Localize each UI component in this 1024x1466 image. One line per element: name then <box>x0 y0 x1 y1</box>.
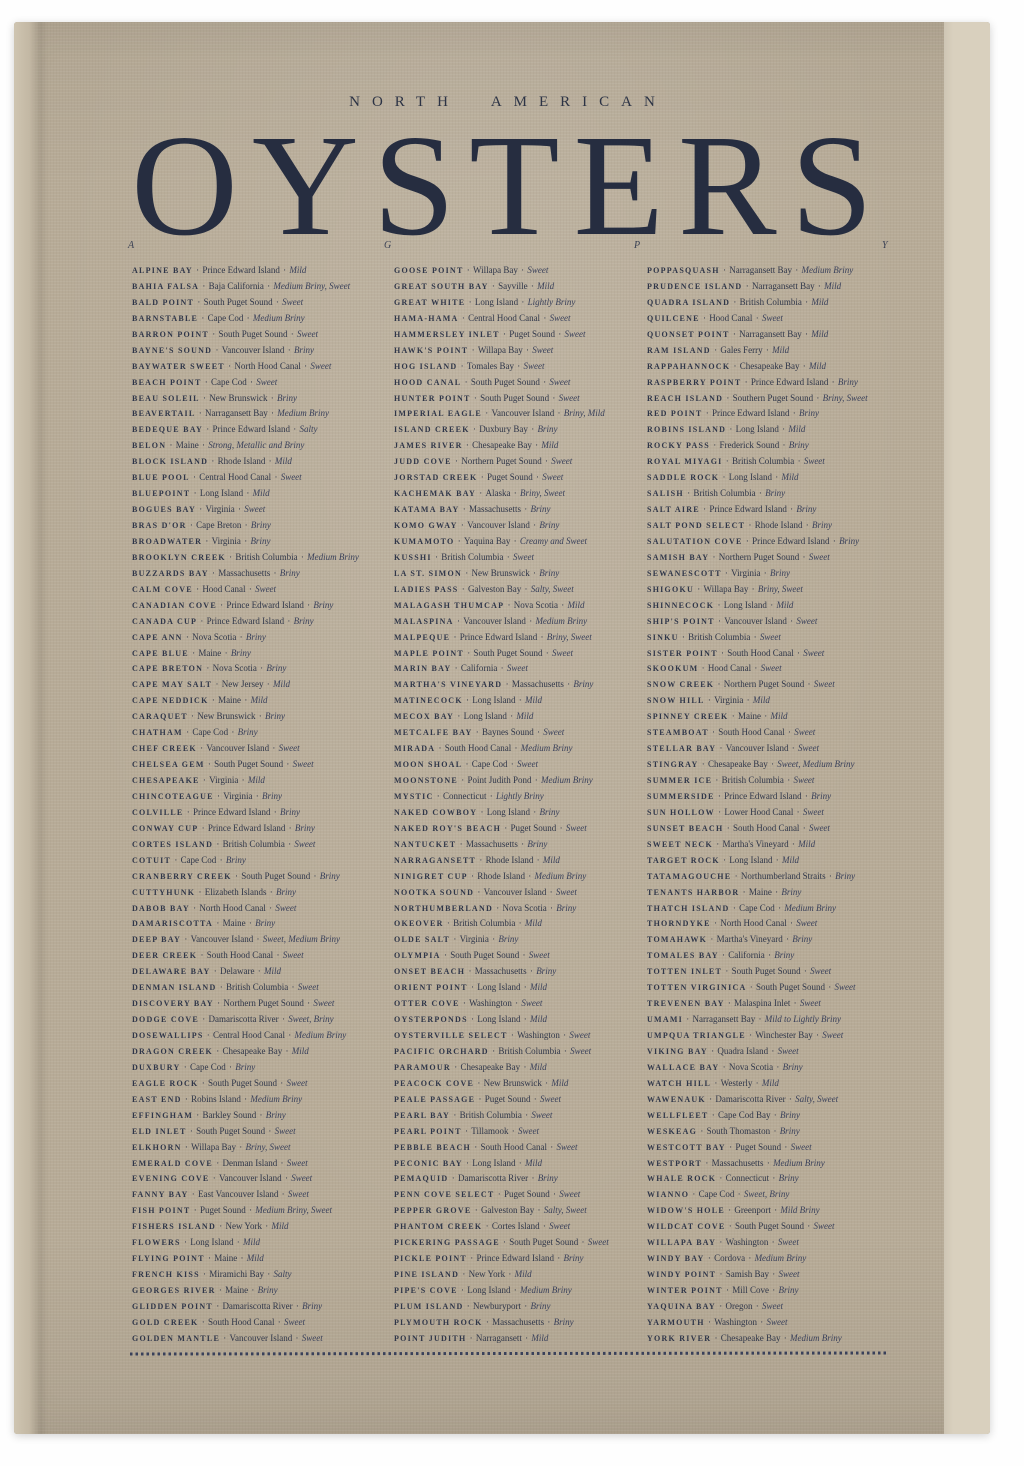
separator-dot: · <box>518 839 528 849</box>
separator-dot: · <box>720 855 730 865</box>
oyster-entry: CUTTYHUNK · Elizabeth Islands · Briny <box>132 883 398 899</box>
oyster-entry: YARMOUTH · Washington · Sweet <box>647 1313 913 1329</box>
oyster-origin: Prince Edward Island <box>477 1253 554 1263</box>
oyster-entry: POPPASQUASH · Narragansett Bay · Medium … <box>647 261 913 277</box>
oyster-entry: BROADWATER · Virginia · Briny <box>132 532 398 548</box>
oyster-origin: South Puget Sound <box>480 393 549 403</box>
separator-dot: · <box>241 695 251 705</box>
oyster-name: DISCOVERY BAY <box>132 999 214 1008</box>
oyster-origin: Virginia <box>206 504 235 514</box>
oyster-origin: Long Island <box>200 488 243 498</box>
oyster-entry: SPINNEY CREEK · Maine · Mild <box>647 707 913 723</box>
separator-dot: · <box>452 456 462 466</box>
oyster-name: COLVILLE <box>132 808 184 817</box>
separator-dot: · <box>752 313 762 323</box>
separator-dot: · <box>435 743 445 753</box>
oyster-origin: Chesapeake Bay <box>223 1046 283 1056</box>
separator-dot: · <box>256 711 266 721</box>
oyster-name: CONWAY CUP <box>132 824 198 833</box>
oyster-name: BROOKLYN CREEK <box>132 553 226 562</box>
separator-dot: · <box>689 1189 699 1199</box>
separator-dot: · <box>241 536 251 546</box>
oyster-flavor: Sweet <box>255 584 276 594</box>
oyster-entry: SUMMER ICE · British Columbia · Sweet <box>647 771 913 787</box>
oyster-origin: Lower Hood Canal <box>724 807 793 817</box>
separator-dot: · <box>511 743 521 753</box>
separator-dot: · <box>213 918 223 928</box>
separator-dot: · <box>213 1158 223 1168</box>
oyster-entry: UMPQUA TRIANGLE · Winchester Bay · Sweet <box>647 1026 913 1042</box>
oyster-entry: SISTER POINT · South Hood Canal · Sweet <box>647 644 913 660</box>
separator-dot: · <box>434 791 444 801</box>
oyster-name: SALISH <box>647 489 684 498</box>
separator-dot: · <box>554 1253 564 1263</box>
separator-dot: · <box>477 472 487 482</box>
oyster-origin: South Hood Canal <box>481 1142 548 1152</box>
oyster-name: PLUM ISLAND <box>394 1302 464 1311</box>
separator-dot: · <box>769 1269 779 1279</box>
oyster-flavor: Mild <box>273 679 290 689</box>
oyster-flavor: Sweet <box>507 663 528 673</box>
separator-dot: · <box>511 1285 521 1295</box>
oyster-origin: Hood Canal <box>708 663 751 673</box>
oyster-flavor: Briny <box>765 488 785 498</box>
oyster-origin: Tomales Bay <box>467 361 514 371</box>
separator-dot: · <box>304 600 314 610</box>
oyster-origin: Narragansett Bay <box>729 265 792 275</box>
oyster-flavor: Sweet <box>557 1142 578 1152</box>
oyster-flavor: Briny <box>235 1062 255 1072</box>
oyster-origin: Chesapeake Bay <box>472 440 532 450</box>
separator-dot: · <box>209 329 219 339</box>
oyster-origin: British Columbia <box>223 839 285 849</box>
oyster-origin: Prince Edward Island <box>208 823 285 833</box>
oyster-name: SKOOKUM <box>647 664 698 673</box>
oyster-entry: BAHIA FALSA · Baja California · Medium B… <box>132 277 398 293</box>
oyster-entry: GREAT SOUTH BAY · Sayville · Mild <box>394 277 660 293</box>
oyster-flavor: Briny <box>251 520 271 530</box>
separator-dot: · <box>786 1094 796 1104</box>
separator-dot: · <box>450 934 460 944</box>
oyster-flavor: Briny <box>313 600 333 610</box>
oyster-origin: Mill Cove <box>732 1285 769 1295</box>
oyster-entry: YAQUINA BAY · Oregon · Sweet <box>647 1297 913 1313</box>
oyster-flavor: Briny, Sweet <box>547 632 592 642</box>
separator-dot: · <box>700 504 710 514</box>
separator-dot: · <box>214 791 224 801</box>
oyster-origin: Prince Edward Island <box>193 807 270 817</box>
oyster-origin: Washington <box>517 1030 560 1040</box>
oyster-entry: HOG ISLAND · Tomales Bay · Sweet <box>394 357 660 373</box>
oyster-name: WINTER POINT <box>647 1286 723 1295</box>
separator-dot: · <box>719 950 729 960</box>
separator-dot: · <box>273 297 283 307</box>
separator-dot: · <box>723 823 733 833</box>
oyster-origin: Tillamook <box>471 1126 508 1136</box>
oyster-entry: NINIGRET CUP · Rhode Island · Medium Bri… <box>394 867 660 883</box>
oyster-entry: OTTER COVE · Washington · Sweet <box>394 994 660 1010</box>
oyster-flavor: Sweet <box>293 759 314 769</box>
oyster-origin: Hood Canal <box>709 313 752 323</box>
oyster-origin: Cape Cod <box>208 313 244 323</box>
oyster-flavor: Mild <box>782 855 799 865</box>
separator-dot: · <box>558 600 568 610</box>
separator-dot: · <box>734 1189 744 1199</box>
separator-dot: · <box>799 823 809 833</box>
oyster-origin: Long Island <box>477 982 520 992</box>
separator-dot: · <box>549 393 559 403</box>
separator-dot: · <box>282 1173 292 1183</box>
oyster-flavor: Sweet <box>527 265 548 275</box>
oyster-name: BEAVERTAIL <box>132 409 196 418</box>
oyster-origin: Prince Edward Island <box>226 600 303 610</box>
oyster-flavor: Mild <box>516 711 533 721</box>
separator-dot: · <box>232 871 242 881</box>
oyster-flavor: Briny <box>258 1285 278 1295</box>
oyster-name: QUILCENE <box>647 314 700 323</box>
oyster-name: BAHIA FALSA <box>132 282 199 291</box>
oyster-origin: North Hood Canal <box>234 361 301 371</box>
separator-dot: · <box>709 1110 719 1120</box>
separator-dot: · <box>264 679 274 689</box>
oyster-origin: Northumberland Straits <box>741 871 826 881</box>
oyster-name: PARAMOUR <box>394 1063 451 1072</box>
oyster-name: JUDD COVE <box>394 457 452 466</box>
separator-dot: · <box>741 377 751 387</box>
separator-dot: · <box>684 488 694 498</box>
oyster-entry: WELLFLEET · Cape Cod Bay · Briny <box>647 1106 913 1122</box>
oyster-name: CAPE ANN <box>132 633 183 642</box>
oyster-name: PENN COVE SELECT <box>394 1190 494 1199</box>
oyster-entry: JORSTAD CREEK · Puget Sound · Sweet <box>394 468 660 484</box>
separator-dot: · <box>702 408 712 418</box>
oyster-flavor: Medium Briny <box>253 313 305 323</box>
oyster-entry: PEACOCK COVE · New Brunswick · Mild <box>394 1074 660 1090</box>
separator-dot: · <box>725 998 735 1008</box>
separator-dot: · <box>748 584 758 594</box>
oyster-flavor: Lightly Briny <box>528 297 576 307</box>
oyster-entry: PRUDENCE ISLAND · Narragansett Bay · Mil… <box>647 277 913 293</box>
separator-dot: · <box>711 345 721 355</box>
oyster-flavor: Sweet <box>800 998 821 1008</box>
oyster-name: PIPE'S COVE <box>394 1286 458 1295</box>
separator-dot: · <box>756 488 766 498</box>
oyster-flavor: Mild <box>537 281 554 291</box>
separator-dot: · <box>540 377 550 387</box>
oyster-flavor: Briny <box>789 440 809 450</box>
oyster-entry: THATCH ISLAND · Cape Cod · Medium Briny <box>647 899 913 915</box>
separator-dot: · <box>226 1062 236 1072</box>
separator-dot: · <box>193 1110 203 1120</box>
oyster-entry: STELLAR BAY · Vancouver Island · Sweet <box>647 739 913 755</box>
oyster-entry: CORTES ISLAND · British Columbia · Sweet <box>132 835 398 851</box>
oyster-flavor: Briny <box>536 966 556 976</box>
separator-dot: · <box>519 950 529 960</box>
separator-dot: · <box>180 1062 190 1072</box>
separator-dot: · <box>764 1158 774 1168</box>
oyster-name: ORIENT POINT <box>394 983 468 992</box>
oyster-flavor: Medium Briny <box>250 1094 302 1104</box>
oyster-entry: GOLDEN MANTLE · Vancouver Island · Sweet <box>132 1329 398 1345</box>
separator-dot: · <box>500 1237 510 1247</box>
oyster-name: JAMES RIVER <box>394 441 463 450</box>
oyster-name: CHESAPEAKE <box>132 776 200 785</box>
oyster-entry: BUZZARDS BAY · Massachusetts · Briny <box>132 564 398 580</box>
oyster-flavor: Sweet, Briny <box>288 1014 334 1024</box>
oyster-flavor: Sweet <box>549 377 570 387</box>
oyster-name: HAWK'S POINT <box>394 346 468 355</box>
oyster-flavor: Sweet <box>762 1301 783 1311</box>
oyster-origin: California <box>461 663 498 673</box>
oyster-origin: Cape Cod <box>472 759 508 769</box>
oyster-entry: PIPE'S COVE · Long Island · Medium Briny <box>394 1281 660 1297</box>
oyster-entry: BARNSTABLE · Cape Cod · Medium Briny <box>132 309 398 325</box>
oyster-entry: SEWANESCOTT · Virginia · Briny <box>647 564 913 580</box>
oyster-flavor: Sweet <box>835 982 856 992</box>
separator-dot: · <box>537 632 547 642</box>
oyster-flavor: Sweet <box>569 1030 590 1040</box>
separator-dot: · <box>700 313 710 323</box>
oyster-origin: Maine <box>749 887 772 897</box>
separator-dot: · <box>525 871 535 881</box>
oyster-entry: PHANTOM CREEK · Cortes Island · Sweet <box>394 1217 660 1233</box>
separator-dot: · <box>468 871 478 881</box>
oyster-entry: OLYMPIA · South Puget Sound · Sweet <box>394 946 660 962</box>
oyster-name: CAPE MAY SALT <box>132 680 212 689</box>
oyster-name: PEPPER GROVE <box>394 1206 471 1215</box>
separator-dot: · <box>236 632 246 642</box>
oyster-name: OYSTERVILLE SELECT <box>394 1031 508 1040</box>
oyster-entry: BEDEQUE BAY · Prince Edward Island · Sal… <box>132 420 398 436</box>
oyster-name: FRENCH KISS <box>132 1270 200 1279</box>
oyster-flavor: Sweet <box>287 1158 308 1168</box>
oyster-entry: WESTPORT · Massachusetts · Medium Briny <box>647 1154 913 1170</box>
column-marker-g: G <box>384 240 391 251</box>
oyster-entry: UMAMI · Narragansett Bay · Mild to Light… <box>647 1010 913 1026</box>
oyster-entry: PLUM ISLAND · Newburyport · Briny <box>394 1297 660 1313</box>
separator-dot: · <box>292 1333 302 1343</box>
oyster-name: WILLAPA BAY <box>647 1238 716 1247</box>
oyster-origin: Long Island <box>729 472 772 482</box>
separator-dot: · <box>198 823 208 833</box>
oyster-origin: Northern Puget Sound <box>461 456 542 466</box>
oyster-entry: ROBINS ISLAND · Long Island · Mild <box>647 420 913 436</box>
oyster-origin: Washington <box>726 1237 769 1247</box>
oyster-origin: South Puget Sound <box>208 1078 277 1088</box>
oyster-name: EAGLE ROCK <box>132 1079 199 1088</box>
oyster-entry: CHELSEA GEM · South Puget Sound · Sweet <box>132 755 398 771</box>
separator-dot: · <box>789 408 799 418</box>
oyster-entry: SNOW HILL · Virginia · Mild <box>647 691 913 707</box>
separator-dot: · <box>540 313 550 323</box>
oyster-origin: Rhode Island <box>477 871 525 881</box>
oyster-entry: CRANBERRY CREEK · South Puget Sound · Br… <box>132 867 398 883</box>
separator-dot: · <box>197 616 207 626</box>
oyster-flavor: Mild <box>247 1253 264 1263</box>
oyster-flavor: Sweet <box>244 504 265 514</box>
separator-dot: · <box>266 903 276 913</box>
separator-dot: · <box>467 1253 477 1263</box>
separator-dot: · <box>726 1221 736 1231</box>
oyster-origin: South Puget Sound <box>450 950 519 960</box>
separator-dot: · <box>508 759 518 769</box>
separator-dot: · <box>283 759 293 769</box>
oyster-entry: HUNTER POINT · South Puget Sound · Sweet <box>394 389 660 405</box>
oyster-column-2: GOOSE POINT · Willapa Bay · SweetGREAT S… <box>394 261 660 1345</box>
oyster-name: BUZZARDS BAY <box>132 569 209 578</box>
separator-dot: · <box>543 648 553 658</box>
oyster-name: THATCH ISLAND <box>647 904 730 913</box>
separator-dot: · <box>751 663 761 673</box>
oyster-entry: SUMMERSIDE · Prince Edward Island · Brin… <box>647 787 913 803</box>
oyster-origin: Massachusetts <box>492 1317 544 1327</box>
oyster-flavor: Mild <box>243 1237 260 1247</box>
separator-dot: · <box>285 839 295 849</box>
oyster-name: SALT AIRE <box>647 505 700 514</box>
oyster-entry: OYSTERPONDS · Long Island · Mild <box>394 1010 660 1026</box>
separator-dot: · <box>310 871 320 881</box>
separator-dot: · <box>243 488 253 498</box>
oyster-flavor: Sweet <box>282 297 303 307</box>
oyster-origin: Maine <box>223 918 246 928</box>
oyster-flavor: Briny <box>835 871 855 881</box>
separator-dot: · <box>787 918 797 928</box>
separator-dot: · <box>462 759 472 769</box>
oyster-name: DOSEWALLIPS <box>132 1031 204 1040</box>
oyster-name: WESTCOTT BAY <box>647 1143 726 1152</box>
oyster-name: SINKU <box>647 633 679 642</box>
oyster-origin: Denman Island <box>223 1158 278 1168</box>
separator-dot: · <box>514 361 524 371</box>
oyster-origin: British Columbia <box>740 297 802 307</box>
oyster-name: WIDOW'S HOLE <box>647 1206 725 1215</box>
separator-dot: · <box>723 456 733 466</box>
separator-dot: · <box>275 1317 285 1327</box>
separator-dot: · <box>745 520 755 530</box>
oyster-flavor: Sweet <box>288 1189 309 1199</box>
separator-dot: · <box>534 727 544 737</box>
oyster-entry: MYSTIC · Connecticut · Lightly Briny <box>394 787 660 803</box>
oyster-name: CHATHAM <box>132 728 183 737</box>
oyster-origin: Vancouver Island <box>206 743 269 753</box>
separator-dot: · <box>560 1030 570 1040</box>
oyster-flavor: Sweet <box>302 1333 323 1343</box>
oyster-origin: Puget Sound <box>485 1094 531 1104</box>
oyster-flavor: Briny <box>530 504 550 514</box>
oyster-flavor: Sweet <box>794 727 815 737</box>
separator-dot: · <box>246 1205 256 1215</box>
oyster-entry: SALT AIRE · Prince Edward Island · Briny <box>647 500 913 516</box>
oyster-origin: Cape Cod <box>211 377 247 387</box>
oyster-flavor: Mild <box>788 424 805 434</box>
oyster-origin: Galveston Bay <box>481 1205 534 1215</box>
oyster-origin: Connecticut <box>443 791 487 801</box>
oyster-name: WINDY BAY <box>647 1254 705 1263</box>
oyster-name: CAPE BLUE <box>132 649 189 658</box>
separator-dot: · <box>530 568 540 578</box>
separator-dot: · <box>200 393 210 403</box>
separator-dot: · <box>432 552 442 562</box>
separator-dot: · <box>779 424 789 434</box>
oyster-flavor: Briny <box>774 950 794 960</box>
oyster-flavor: Briny <box>770 568 790 578</box>
oyster-name: PRUDENCE ISLAND <box>647 282 742 291</box>
oyster-entry: OKEOVER · British Columbia · Mild <box>394 914 660 930</box>
oyster-flavor: Creamy and Sweet <box>520 536 587 546</box>
oyster-entry: SNOW CREEK · Northern Puget Sound · Swee… <box>647 675 913 691</box>
separator-dot: · <box>493 903 503 913</box>
separator-dot: · <box>441 950 451 960</box>
separator-dot: · <box>515 918 525 928</box>
separator-dot: · <box>542 1078 552 1088</box>
oyster-flavor: Sweet, Medium Briny <box>263 934 340 944</box>
oyster-flavor: Briny <box>839 536 859 546</box>
oyster-name: IMPERIAL EAGLE <box>394 409 482 418</box>
oyster-flavor: Sweet <box>564 329 585 339</box>
separator-dot: · <box>468 982 478 992</box>
oyster-flavor: Medium Briny <box>790 1333 842 1343</box>
separator-dot: · <box>708 1046 718 1056</box>
oyster-flavor: Mild <box>525 918 542 928</box>
oyster-flavor: Salty, Sweet <box>531 584 574 594</box>
oyster-entry: STEAMBOAT · South Hood Canal · Sweet <box>647 723 913 739</box>
oyster-flavor: Sweet <box>543 727 564 737</box>
oyster-flavor: Mild <box>781 472 798 482</box>
separator-dot: · <box>220 1333 230 1343</box>
oyster-entry: ISLAND CREEK · Duxbury Bay · Briny <box>394 420 660 436</box>
oyster-name: UMPQUA TRIANGLE <box>647 1031 746 1040</box>
oyster-flavor: Sweet <box>796 616 817 626</box>
separator-dot: · <box>768 1237 778 1247</box>
separator-dot: · <box>802 297 812 307</box>
separator-dot: · <box>501 823 511 833</box>
oyster-name: OLDE SALT <box>394 935 450 944</box>
oyster-entry: CAPE MAY SALT · New Jersey · Mild <box>132 675 398 691</box>
oyster-entry: BEAU SOLEIL · New Brunswick · Briny <box>132 389 398 405</box>
oyster-name: HOOD CANAL <box>394 378 461 387</box>
oyster-entry: LADIES PASS · Galveston Bay · Salty, Swe… <box>394 580 660 596</box>
separator-dot: · <box>194 297 204 307</box>
oyster-entry: WINDY POINT · Samish Bay · Sweet <box>647 1265 913 1281</box>
oyster-name: NINIGRET CUP <box>394 872 468 881</box>
oyster-flavor: Medium Briny <box>535 616 587 626</box>
separator-dot: · <box>298 552 308 562</box>
separator-dot: · <box>550 1189 560 1199</box>
oyster-flavor: Medium Briny <box>521 743 573 753</box>
separator-dot: · <box>204 1030 214 1040</box>
oyster-name: FISHERS ISLAND <box>132 1222 216 1231</box>
separator-dot: · <box>523 345 533 355</box>
oyster-origin: New Jersey <box>222 679 264 689</box>
separator-dot: · <box>544 1317 554 1327</box>
oyster-origin: New York <box>225 1221 262 1231</box>
separator-dot: · <box>470 424 480 434</box>
separator-dot: · <box>304 998 314 1008</box>
separator-dot: · <box>800 361 810 371</box>
oyster-column-3: POPPASQUASH · Narragansett Bay · Medium … <box>647 261 913 1345</box>
separator-dot: · <box>533 855 543 865</box>
oyster-entry: TOMALES BAY · California · Briny <box>647 946 913 962</box>
oyster-origin: Narragansett Bay <box>752 281 815 291</box>
separator-dot: · <box>197 743 207 753</box>
oyster-name: BEDEQUE BAY <box>132 425 203 434</box>
oyster-entry: CHEF CREEK · Vancouver Island · Sweet <box>132 739 398 755</box>
oyster-name: MALPEQUE <box>394 633 450 642</box>
oyster-name: SNOW HILL <box>647 696 705 705</box>
oyster-entry: EAGLE ROCK · South Puget Sound · Sweet <box>132 1074 398 1090</box>
separator-dot: · <box>474 887 484 897</box>
oyster-entry: BLOCK ISLAND · Rhode Island · Mild <box>132 452 398 468</box>
